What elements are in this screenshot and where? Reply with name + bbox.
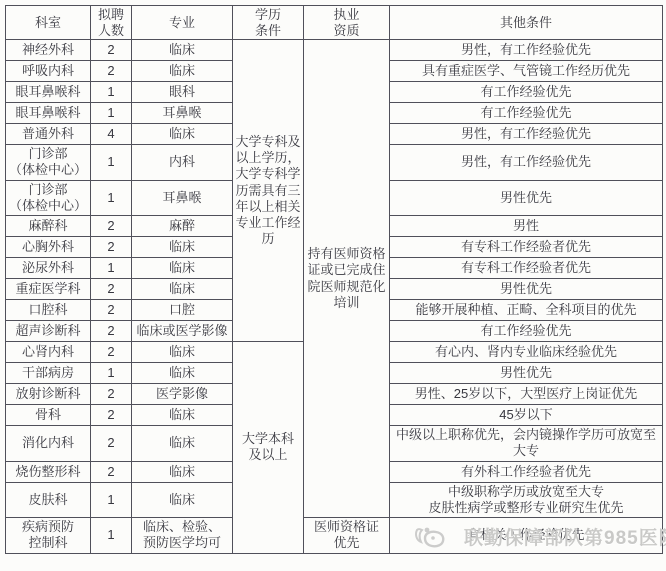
major-cell: 临床: [132, 124, 233, 145]
department-cell: 干部病房: [6, 363, 91, 384]
major-cell: 临床: [132, 61, 233, 82]
condition-cell: 有外科工作经验者优先: [390, 461, 663, 482]
department-cell: 放射诊断科: [6, 384, 91, 405]
headcount-cell: 1: [91, 482, 132, 518]
department-cell: 烧伤整形科: [6, 461, 91, 482]
department-cell: 心胸外科: [6, 237, 91, 258]
headcount-cell: 2: [91, 461, 132, 482]
department-cell: 皮肤科: [6, 482, 91, 518]
header-headcount: 拟聘人数: [91, 6, 132, 40]
department-cell: 泌尿外科: [6, 258, 91, 279]
header-department: 科室: [6, 6, 91, 40]
major-cell: 临床: [132, 461, 233, 482]
major-cell: 临床: [132, 40, 233, 61]
headcount-cell: 2: [91, 279, 132, 300]
qualification-cell: 持有医师资格证或已完成住院医师规范化培训: [304, 40, 390, 518]
major-cell: 口腔: [132, 300, 233, 321]
department-cell: 心肾内科: [6, 342, 91, 363]
watermark: 联勤保障部队第985医院: [413, 522, 666, 550]
department-cell: 消化内科: [6, 426, 91, 462]
major-cell: 临床: [132, 482, 233, 518]
headcount-cell: 2: [91, 216, 132, 237]
condition-cell: 中级以上职称优先，会内镜操作学历可放宽至大专: [390, 426, 663, 462]
condition-cell: 男性，有工作经验优先: [390, 124, 663, 145]
headcount-cell: 2: [91, 342, 132, 363]
major-cell: 临床: [132, 363, 233, 384]
condition-cell: 有工作经验优先: [390, 103, 663, 124]
qualification-cell: 医师资格证 优先: [304, 518, 390, 554]
condition-cell: 能够开展种植、正畸、全科项目的优先: [390, 300, 663, 321]
headcount-cell: 2: [91, 300, 132, 321]
watermark-text: 联勤保障部队第985医院: [464, 523, 666, 550]
headcount-cell: 1: [91, 518, 132, 554]
condition-cell: 有工作经验优先: [390, 321, 663, 342]
department-cell: 口腔科: [6, 300, 91, 321]
department-cell: 眼耳鼻喉科: [6, 103, 91, 124]
education-cell: 大学本科 及以上: [233, 342, 304, 554]
department-cell: 呼吸内科: [6, 61, 91, 82]
major-cell: 医学影像: [132, 384, 233, 405]
table-header-row: 科室 拟聘人数 专业 学历 条件 执业 资质 其他条件: [6, 6, 663, 40]
condition-cell: 男性优先: [390, 279, 663, 300]
department-cell: 疾病预防 控制科: [6, 518, 91, 554]
department-cell: 超声诊断科: [6, 321, 91, 342]
condition-cell: 45岁以下: [390, 405, 663, 426]
department-cell: 门诊部 （体检中心）: [6, 180, 91, 216]
department-cell: 骨科: [6, 405, 91, 426]
header-education: 学历 条件: [233, 6, 304, 40]
recruitment-table: 科室 拟聘人数 专业 学历 条件 执业 资质 其他条件 神经外科 2 临床 大学…: [5, 5, 663, 554]
major-cell: 眼科: [132, 82, 233, 103]
major-cell: 临床: [132, 237, 233, 258]
headcount-cell: 4: [91, 124, 132, 145]
headcount-cell: 1: [91, 258, 132, 279]
major-cell: 临床: [132, 342, 233, 363]
headcount-cell: 1: [91, 103, 132, 124]
condition-cell: 男性，有工作经验优先: [390, 40, 663, 61]
condition-cell: 有专科工作经验者优先: [390, 237, 663, 258]
condition-cell: 男性: [390, 216, 663, 237]
headcount-cell: 1: [91, 363, 132, 384]
major-cell: 内科: [132, 145, 233, 181]
condition-cell: 男性、25岁以下，大型医疗上岗证优先: [390, 384, 663, 405]
header-qualification: 执业 资质: [304, 6, 390, 40]
headcount-cell: 2: [91, 61, 132, 82]
headcount-cell: 1: [91, 145, 132, 181]
headcount-cell: 2: [91, 237, 132, 258]
major-cell: 麻醉: [132, 216, 233, 237]
headcount-cell: 2: [91, 405, 132, 426]
headcount-cell: 2: [91, 40, 132, 61]
condition-cell: 具有重症医学、气管镜工作经历优先: [390, 61, 663, 82]
headcount-cell: 1: [91, 180, 132, 216]
table-row: 神经外科 2 临床 大学专科及以上学历，大学专科学历需具有三年以上相关专业工作经…: [6, 40, 663, 61]
major-cell: 临床、检验、 预防医学均可: [132, 518, 233, 554]
major-cell: 临床: [132, 426, 233, 462]
condition-cell: 男性优先: [390, 363, 663, 384]
condition-cell: 男性优先: [390, 180, 663, 216]
header-major: 专业: [132, 6, 233, 40]
headcount-cell: 2: [91, 321, 132, 342]
major-cell: 耳鼻喉: [132, 103, 233, 124]
headcount-cell: 2: [91, 384, 132, 405]
condition-cell: 中级职称学历或放宽至大专 皮肤性病学或整形专业研究生优先: [390, 482, 663, 518]
headcount-cell: 2: [91, 426, 132, 462]
headcount-cell: 1: [91, 82, 132, 103]
major-cell: 临床或医学影像: [132, 321, 233, 342]
condition-cell: 有工作经验优先: [390, 82, 663, 103]
condition-cell: 有心内、肾内专业临床经验优先: [390, 342, 663, 363]
department-cell: 普通外科: [6, 124, 91, 145]
department-cell: 神经外科: [6, 40, 91, 61]
condition-cell: 男性，有工作经验优先: [390, 145, 663, 181]
condition-cell: 有专科工作经验者优先: [390, 258, 663, 279]
department-cell: 重症医学科: [6, 279, 91, 300]
major-cell: 临床: [132, 258, 233, 279]
major-cell: 临床: [132, 405, 233, 426]
department-cell: 门诊部 （体检中心）: [6, 145, 91, 181]
hospital-logo-icon: [413, 522, 459, 550]
header-other-conditions: 其他条件: [390, 6, 663, 40]
department-cell: 眼耳鼻喉科: [6, 82, 91, 103]
major-cell: 临床: [132, 279, 233, 300]
major-cell: 耳鼻喉: [132, 180, 233, 216]
department-cell: 麻醉科: [6, 216, 91, 237]
education-cell: 大学专科及以上学历，大学专科学历需具有三年以上相关专业工作经历: [233, 40, 304, 342]
